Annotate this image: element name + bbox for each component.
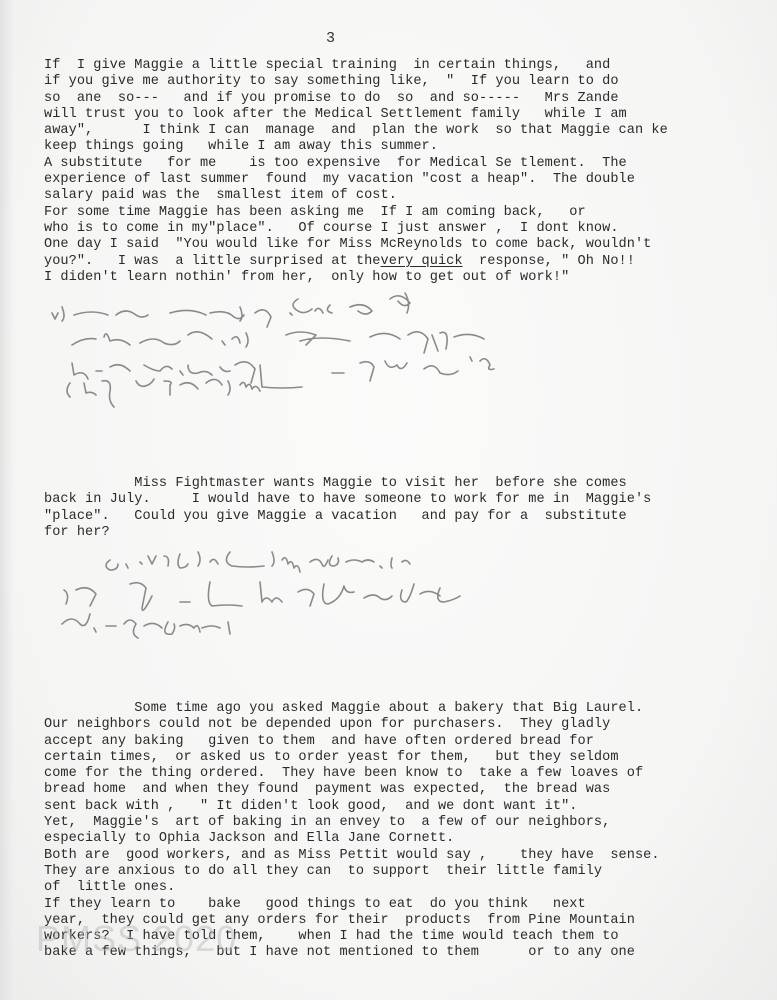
text-line: They are anxious to do all they can to s… xyxy=(44,864,660,880)
text-line: accept any baking given to them and have… xyxy=(44,734,660,750)
text-line: certain times, or asked us to order yeas… xyxy=(44,750,660,766)
text-line: Both are good workers, and as Miss Petti… xyxy=(44,848,660,864)
page-edge-shadow xyxy=(0,0,14,1000)
paragraph-1: If I give Maggie a little special traini… xyxy=(44,58,668,286)
text-segment: you?". I was a little surprised at the xyxy=(44,254,381,269)
text-line: keep things going while I am away this s… xyxy=(44,139,668,155)
shorthand-notes-1 xyxy=(40,285,777,415)
text-line: who is to come in my"place". Of course I… xyxy=(44,221,668,237)
text-line: Yet, Maggie's art of baking in an envey … xyxy=(44,815,660,831)
text-line: especially to Ophia Jackson and Ella Jan… xyxy=(44,831,660,847)
text-line: you?". I was a little surprised at theve… xyxy=(44,254,668,270)
underlined-text: very quick xyxy=(381,254,463,269)
text-line: if you give me authority to say somethin… xyxy=(44,74,668,90)
text-line: bread home and when they found payment w… xyxy=(44,782,660,798)
watermark: PMSS 2020 xyxy=(36,918,237,960)
text-line: come for the thing ordered. They have be… xyxy=(44,766,660,782)
text-line: back in July. I would have to have someo… xyxy=(44,492,651,508)
text-line: sent back with , " It diden't look good,… xyxy=(44,799,660,815)
text-line: will trust you to look after the Medical… xyxy=(44,107,668,123)
page-number: 3 xyxy=(326,30,335,47)
text-segment: response, " Oh No!! xyxy=(463,254,635,269)
text-line: Some time ago you asked Maggie about a b… xyxy=(44,701,660,717)
text-line: One day I said "You would like for Miss … xyxy=(44,237,668,253)
text-line: Our neighbors could not be depended upon… xyxy=(44,717,660,733)
text-line: "place". Could you give Maggie a vacatio… xyxy=(44,509,651,525)
text-line: For some time Maggie has been asking me … xyxy=(44,205,668,221)
text-line: If they learn to bake good things to eat… xyxy=(44,897,660,913)
text-line: away", I think I can manage and plan the… xyxy=(44,123,668,139)
text-line: experience of last summer found my vacat… xyxy=(44,172,668,188)
text-line: I diden't learn nothin' from her, only h… xyxy=(44,270,668,286)
text-line: A substitute for me is too expensive for… xyxy=(44,156,668,172)
text-line: of little ones. xyxy=(44,880,660,896)
text-line: so ane so--- and if you promise to do so… xyxy=(44,91,668,107)
text-line: Miss Fightmaster wants Maggie to visit h… xyxy=(44,476,651,492)
shorthand-notes-2 xyxy=(40,540,777,650)
paragraph-2: Miss Fightmaster wants Maggie to visit h… xyxy=(44,476,651,541)
text-line: salary paid was the smallest item of cos… xyxy=(44,188,668,204)
document-page: 3 If I give Maggie a little special trai… xyxy=(0,0,777,1000)
text-line: If I give Maggie a little special traini… xyxy=(44,58,668,74)
text-line: for her? xyxy=(44,525,651,541)
